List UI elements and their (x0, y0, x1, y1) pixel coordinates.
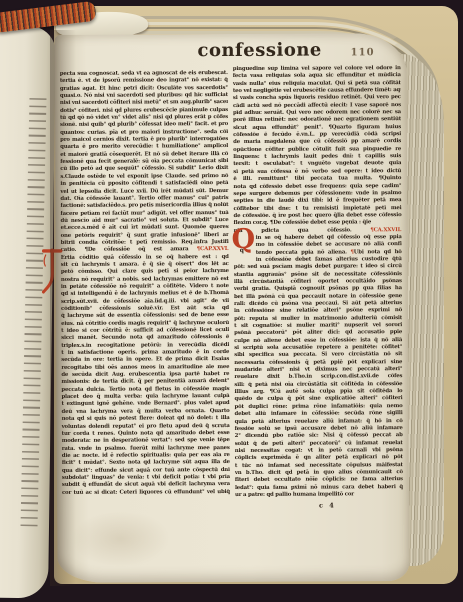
margin-initial-T (42, 247, 64, 295)
text-column-left: pecta sua cognoscat. seda vt ea agnoscat… (60, 70, 230, 497)
facing-page-text-edge (21, 98, 47, 526)
drop-cap-guide-letter: q (240, 237, 244, 264)
text-line: ur a patre: qd pallio humana impellitō c… (235, 491, 403, 499)
text-line: cor tuū ac si dicat: Ceteri liquores cū … (62, 489, 230, 497)
book-page: confessione 110 pecta sua cognoscat. sed… (55, 33, 410, 583)
photo-background: confessione 110 pecta sua cognoscat. sed… (0, 0, 463, 602)
drop-cap-Q: Q q (232, 226, 256, 253)
signature-mark: c 4 (319, 501, 336, 509)
running-header: confessione (167, 39, 353, 61)
facing-page (0, 26, 56, 599)
folio-number: 110 (351, 47, 375, 58)
text-column-right: pinguedine sup limina vel sapore vel col… (233, 65, 403, 499)
